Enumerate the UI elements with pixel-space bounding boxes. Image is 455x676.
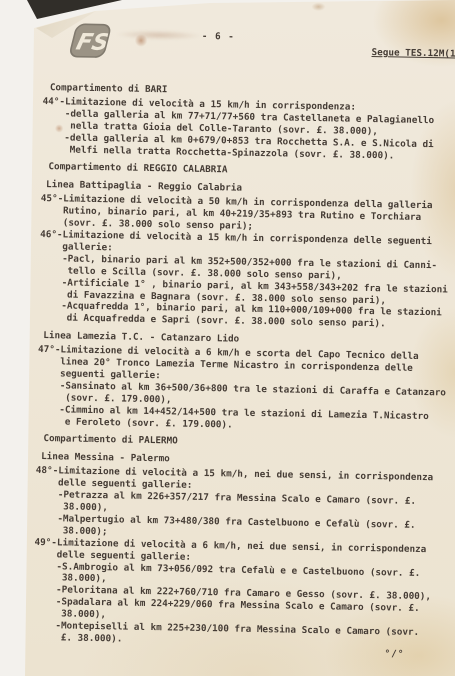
items-48-49-speed-limits: 48°-Limitazione di velocità a 15 km/h, n… xyxy=(33,465,438,651)
item-47-speed-limit: 47°-Limitazione di velocità a 6 km/h e s… xyxy=(37,344,440,435)
margin-ink-speck xyxy=(5,590,9,595)
items-45-46-speed-limits: 45°-Limitazione di velocità a 50 km/h in… xyxy=(39,193,443,331)
heading-compartimento-reggio-calabria: Compartimento di REGGIO CALABRIA xyxy=(41,161,443,180)
heading-compartimento-palermo: Compartimento di PALERMO xyxy=(36,433,438,452)
item-44-speed-limit: 44°-Limitazione di velocità a 15 km/h in… xyxy=(42,96,445,163)
page-number: - 6 - xyxy=(202,31,235,44)
typed-content: FS - 6 - Segue TES.12M(1 Compartimento d… xyxy=(32,26,446,676)
document-body: Compartimento di BARI 44°-Limitazione di… xyxy=(33,26,446,651)
ink-smudge xyxy=(116,29,202,41)
continuation-mark: °/° xyxy=(384,648,404,660)
segue-reference: Segue TES.12M(1 xyxy=(371,47,455,60)
scanned-page: FS - 6 - Segue TES.12M(1 Compartimento d… xyxy=(0,0,455,676)
fs-railways-logo-icon: FS xyxy=(59,18,112,65)
